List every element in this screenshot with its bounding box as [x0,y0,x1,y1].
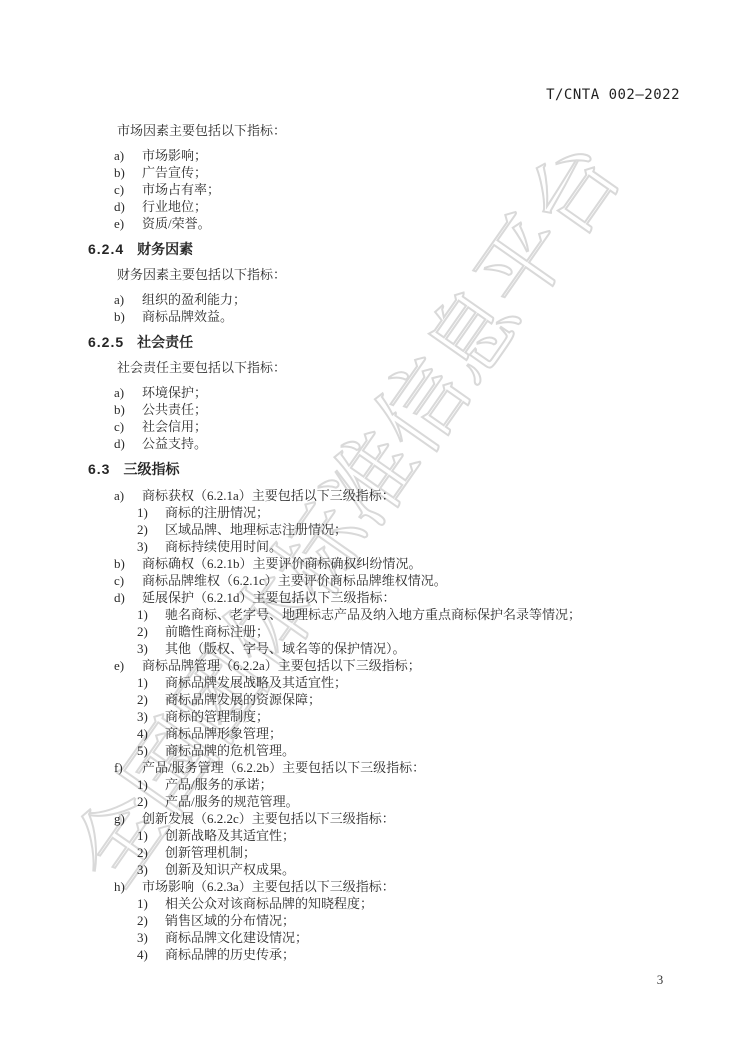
list: a)组织的盈利能力；b)商标品牌效益。 [88,291,680,325]
list-item-text: 创新及知识产权成果。 [165,861,295,878]
list-item-text: 商标品牌维权（6.2.1c）主要评价商标品牌维权情况。 [142,572,447,589]
list-item: 1)商标的注册情况； [137,504,680,521]
list-item: c)社会信用； [114,418,680,435]
list-item: 3)商标品牌文化建设情况； [137,929,680,946]
list-item: g)创新发展（6.2.2c）主要包括以下三级指标： [114,810,680,827]
list-item-text: 商标获权（6.2.1a）主要包括以下三级指标： [142,487,395,504]
list-item: 4)商标品牌形象管理； [137,725,680,742]
list-item: 3)商标的管理制度； [137,708,680,725]
list-item-text: 商标品牌管理（6.2.2a）主要包括以下三级指标； [142,657,421,674]
list-item-text: 市场影响（6.2.3a）主要包括以下三级指标： [142,878,395,895]
list-item-marker: 3) [137,861,165,878]
list-item: a)市场影响； [114,147,680,164]
list-item-text: 相关公众对该商标品牌的知晓程度； [165,895,373,912]
page-number: 3 [652,972,668,987]
list-item: e)商标品牌管理（6.2.2a）主要包括以下三级指标； [114,657,680,674]
list-item-text: 商标品牌文化建设情况； [165,929,308,946]
list-item-text: 广告宣传； [142,164,207,181]
list-item: 1)相关公众对该商标品牌的知晓程度； [137,895,680,912]
list-item-text: 创新发展（6.2.2c）主要包括以下三级指标： [142,810,395,827]
list-item: 3)其他（版权、字号、域名等的保护情况）。 [137,640,680,657]
section-title: 财务因素 [137,241,193,257]
list-item: h)市场影响（6.2.3a）主要包括以下三级指标： [114,878,680,895]
section-number: 6.2.4 [88,241,124,257]
list-item: c)市场占有率； [114,181,680,198]
list-item-text: 区域品牌、地理标志注册情况； [165,521,347,538]
list-item-marker: b) [114,164,142,181]
list-item-marker: d) [114,589,142,606]
section-number: 6.3 [88,461,110,477]
list-item: a)环境保护； [114,384,680,401]
list-item-marker: 1) [137,504,165,521]
list-item-text: 市场占有率； [142,181,220,198]
list-item-text: 商标持续使用时间。 [165,538,282,555]
list-item-text: 延展保护（6.2.1d）主要包括以下三级指标： [142,589,396,606]
list-item-marker: a) [114,147,142,164]
list-item-marker: g) [114,810,142,827]
list-item-marker: 2) [137,623,165,640]
list-item-marker: 1) [137,674,165,691]
list-item-marker: 5) [137,742,165,759]
list-item-marker: b) [114,308,142,325]
list-item-text: 公益支持。 [142,435,207,452]
list-item-marker: 4) [137,725,165,742]
list: a)市场影响；b)广告宣传；c)市场占有率；d)行业地位；e)资质/荣誉。 [88,147,680,232]
list-item: 1)驰名商标、老字号、地理标志产品及纳入地方重点商标保护名录等情况； [137,606,680,623]
list-item: c)商标品牌维权（6.2.1c）主要评价商标品牌维权情况。 [114,572,680,589]
list-item: b)公共责任； [114,401,680,418]
list: a)商标获权（6.2.1a）主要包括以下三级指标：1)商标的注册情况；2)区域品… [88,487,680,963]
section-title: 三级指标 [123,461,179,477]
list-item-marker: 3) [137,640,165,657]
content: 市场因素主要包括以下指标：a)市场影响；b)广告宣传；c)市场占有率；d)行业地… [88,0,680,963]
list-item-marker: 2) [137,521,165,538]
list-item-marker: e) [114,657,142,674]
list-item-text: 环境保护； [142,384,207,401]
list-item-text: 资质/荣誉。 [142,215,211,232]
paragraph: 社会责任主要包括以下指标： [117,359,680,376]
list-item-marker: b) [114,555,142,572]
list-item: 4)商标品牌的历史传承； [137,946,680,963]
section-title: 社会责任 [137,334,193,350]
list-item-text: 产品/服务管理（6.2.2b）主要包括以下三级指标： [142,759,425,776]
list-item: a)商标获权（6.2.1a）主要包括以下三级指标： [114,487,680,504]
list-item: 2)前瞻性商标注册； [137,623,680,640]
list-item-marker: c) [114,572,142,589]
section-heading: 6.2.4财务因素 [88,239,680,259]
list-item-text: 商标品牌发展的资源保障； [165,691,321,708]
list-item-marker: h) [114,878,142,895]
list-item-marker: d) [114,435,142,452]
list-item-text: 市场影响； [142,147,207,164]
list-item-marker: d) [114,198,142,215]
list-item: a)组织的盈利能力； [114,291,680,308]
list-item-text: 其他（版权、字号、域名等的保护情况）。 [165,640,406,657]
document-page: T/CNTA 002—2022 全国团体标准信息平台 市场因素主要包括以下指标：… [0,0,750,1060]
paragraph: 财务因素主要包括以下指标： [117,266,680,283]
list-item-marker: 3) [137,708,165,725]
list-item-text: 商标品牌效益。 [142,308,233,325]
list-item-marker: e) [114,215,142,232]
list-item: 2)商标品牌发展的资源保障； [137,691,680,708]
list-item-marker: 4) [137,946,165,963]
list-item-text: 产品/服务的规范管理。 [165,793,299,810]
list-item: 1)创新战略及其适宜性； [137,827,680,844]
list-item-text: 商标品牌发展战略及其适宜性； [165,674,347,691]
list-item: e)资质/荣誉。 [114,215,680,232]
list-item-marker: f) [114,759,142,776]
list-item: 1)产品/服务的承诺； [137,776,680,793]
list-item-text: 产品/服务的承诺； [165,776,273,793]
list-item-text: 创新管理机制； [165,844,256,861]
list-item: f)产品/服务管理（6.2.2b）主要包括以下三级指标： [114,759,680,776]
list-item: b)广告宣传； [114,164,680,181]
list-item-text: 创新战略及其适宜性； [165,827,295,844]
list-item-marker: c) [114,181,142,198]
list-item-text: 商标品牌的历史传承； [165,946,295,963]
list-item: d)行业地位； [114,198,680,215]
list-item-text: 商标品牌的危机管理。 [165,742,295,759]
list-item-text: 前瞻性商标注册； [165,623,269,640]
paragraph: 市场因素主要包括以下指标： [117,122,680,139]
list-item-text: 行业地位； [142,198,207,215]
list-item-marker: 1) [137,827,165,844]
list-item-marker: 1) [137,895,165,912]
list-item-text: 组织的盈利能力； [142,291,246,308]
list-item-marker: 2) [137,912,165,929]
list-item: d)公益支持。 [114,435,680,452]
section-heading: 6.2.5社会责任 [88,332,680,352]
list-item: 2)销售区域的分布情况； [137,912,680,929]
list-item: 2)创新管理机制； [137,844,680,861]
list-item: 3)创新及知识产权成果。 [137,861,680,878]
list-item-marker: a) [114,291,142,308]
list-item: d)延展保护（6.2.1d）主要包括以下三级指标： [114,589,680,606]
list-item-text: 商标品牌形象管理； [165,725,282,742]
section-heading: 6.3三级指标 [88,459,680,479]
list-item: b)商标品牌效益。 [114,308,680,325]
list-item-marker: 3) [137,538,165,555]
list-item: 2)区域品牌、地理标志注册情况； [137,521,680,538]
list-item-text: 销售区域的分布情况； [165,912,295,929]
list-item-text: 社会信用； [142,418,207,435]
list-item-text: 驰名商标、老字号、地理标志产品及纳入地方重点商标保护名录等情况； [165,606,581,623]
list-item-marker: a) [114,384,142,401]
list-item-text: 公共责任； [142,401,207,418]
list-item-marker: 1) [137,776,165,793]
list-item-marker: 2) [137,691,165,708]
list-item-marker: a) [114,487,142,504]
list-item-marker: 1) [137,606,165,623]
list-item-text: 商标确权（6.2.1b）主要评价商标确权纠纷情况。 [142,555,422,572]
list-item-text: 商标的管理制度； [165,708,269,725]
list-item-text: 商标的注册情况； [165,504,269,521]
list-item: 5)商标品牌的危机管理。 [137,742,680,759]
list-item-marker: 3) [137,929,165,946]
list-item: 2)产品/服务的规范管理。 [137,793,680,810]
list-item-marker: b) [114,401,142,418]
section-number: 6.2.5 [88,334,124,350]
list-item: 3)商标持续使用时间。 [137,538,680,555]
list-item-marker: c) [114,418,142,435]
list: a)环境保护；b)公共责任；c)社会信用；d)公益支持。 [88,384,680,452]
list-item-marker: 2) [137,793,165,810]
list-item: b)商标确权（6.2.1b）主要评价商标确权纠纷情况。 [114,555,680,572]
list-item: 1)商标品牌发展战略及其适宜性； [137,674,680,691]
list-item-marker: 2) [137,844,165,861]
